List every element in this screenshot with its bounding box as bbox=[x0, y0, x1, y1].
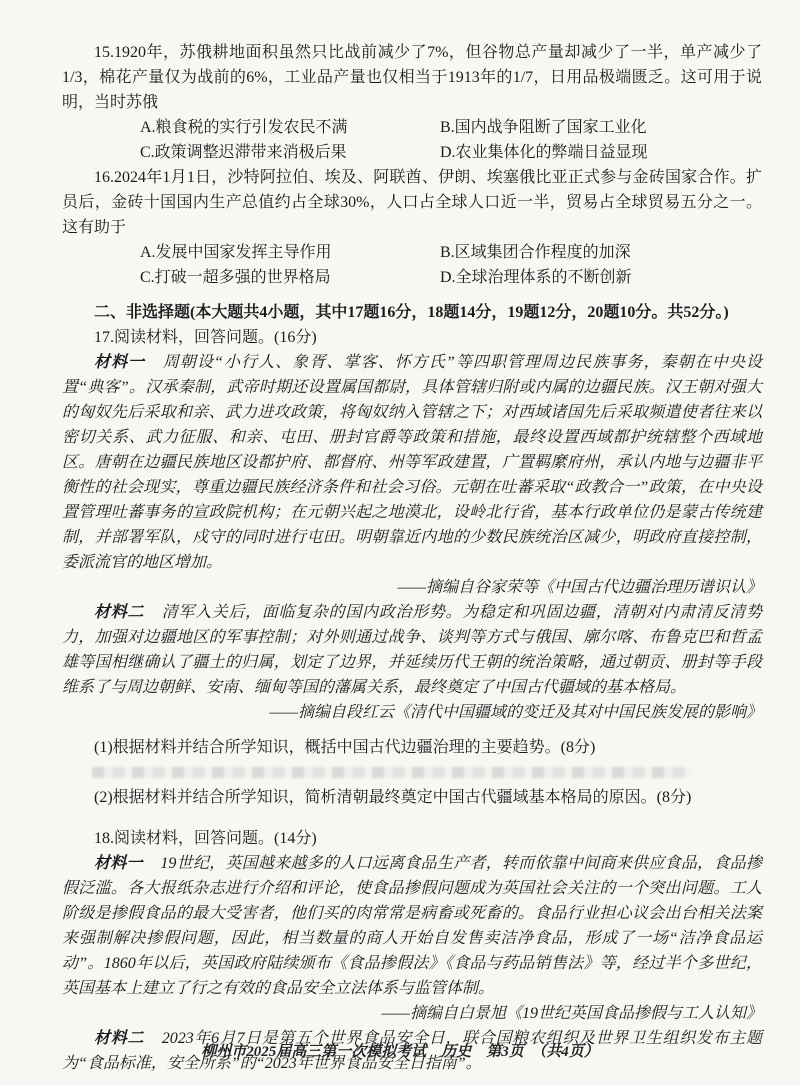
question-15-options: A.粮食税的实行引发农民不满 B.国内战争阻断了国家工业化 C.政策调整迟滞带来… bbox=[140, 115, 762, 165]
section-2-header: 二、非选择题(本大题共4小题，其中17题16分，18题14分，19题12分，20… bbox=[62, 300, 762, 325]
question-17-citation-1: ——摘编自谷家荣等《中国古代边疆治理历谱识认》 bbox=[62, 575, 762, 600]
question-16-stem: 16.2024年1月1日，沙特阿拉伯、埃及、阿联酋、伊朗、埃塞俄比亚正式参与金砖… bbox=[62, 165, 762, 240]
question-17-subquestion-2: (2)根据材料并结合所学知识，简析清朝最终奠定中国古代疆域基本格局的原因。(8分… bbox=[62, 785, 762, 810]
spacer bbox=[62, 810, 762, 826]
question-16-option-b: B.区域集团合作程度的加深 bbox=[440, 240, 762, 265]
question-18-citation-1: ——摘编自白景旭《19世纪英国食品掺假与工人认知》 bbox=[62, 1001, 762, 1026]
question-16-option-d: D.全球治理体系的不断创新 bbox=[440, 265, 762, 290]
material-1-label: 材料一 bbox=[94, 855, 160, 872]
question-15-option-c: C.政策调整迟滞带来消极后果 bbox=[140, 140, 440, 165]
material-1-label: 材料一 bbox=[94, 354, 163, 371]
exam-page: 15.1920年，苏俄耕地面积虽然只比战前减少了7%，但谷物总产量却减少了一半，… bbox=[0, 0, 800, 1085]
question-17-title: 17.阅读材料，回答问题。(16分) bbox=[62, 325, 762, 350]
question-17-subquestion-1: (1)根据材料并结合所学知识，概括中国古代边疆治理的主要趋势。(8分) bbox=[62, 735, 762, 760]
question-17-citation-2: ——摘编自段红云《清代中国疆域的变迁及其对中国民族发展的影响》 bbox=[62, 700, 762, 725]
question-15-option-b: B.国内战争阻断了国家工业化 bbox=[440, 115, 762, 140]
question-15-option-d: D.农业集体化的弊端日益显现 bbox=[440, 140, 762, 165]
question-16-options: A.发展中国家发挥主导作用 B.区域集团合作程度的加深 C.打破一超多强的世界格… bbox=[140, 240, 762, 290]
question-15-option-a: A.粮食税的实行引发农民不满 bbox=[140, 115, 440, 140]
question-15-stem: 15.1920年，苏俄耕地面积虽然只比战前减少了7%，但谷物总产量却减少了一半，… bbox=[62, 40, 762, 115]
question-18-title: 18.阅读材料，回答问题。(14分) bbox=[62, 826, 762, 851]
question-17-material-1: 材料一周朝设“小行人、象胥、掌客、怀方氏”等四职管理周边民族事务，秦朝在中央设置… bbox=[62, 350, 762, 575]
question-16-option-c: C.打破一超多强的世界格局 bbox=[140, 265, 440, 290]
print-bleed-artifact bbox=[92, 767, 692, 778]
question-17-material-2: 材料二清军入关后，面临复杂的国内政治形势。为稳定和巩固边疆，清朝对内肃清反清势力… bbox=[62, 600, 762, 700]
material-2-label: 材料二 bbox=[94, 604, 162, 621]
question-18-material-1: 材料一19世纪，英国越来越多的人口远离食品生产者，转而依靠中间商来供应食品，食品… bbox=[62, 851, 762, 1001]
page-footer: 柳州市2025届高三第一次模拟考试 历史 第3页 （共4页） bbox=[0, 1040, 800, 1061]
content-column: 15.1920年，苏俄耕地面积虽然只比战前减少了7%，但谷物总产量却减少了一半，… bbox=[62, 40, 762, 1076]
material-1-text: 周朝设“小行人、象胥、掌客、怀方氏”等四职管理周边民族事务，秦朝在中央设置“典客… bbox=[62, 354, 762, 571]
question-16-option-a: A.发展中国家发挥主导作用 bbox=[140, 240, 440, 265]
material-1-text: 19世纪，英国越来越多的人口远离食品生产者，转而依靠中间商来供应食品，食品掺假泛… bbox=[62, 855, 762, 997]
material-2-text: 清军入关后，面临复杂的国内政治形势。为稳定和巩固边疆，清朝对内肃清反清势力，加强… bbox=[62, 604, 762, 696]
